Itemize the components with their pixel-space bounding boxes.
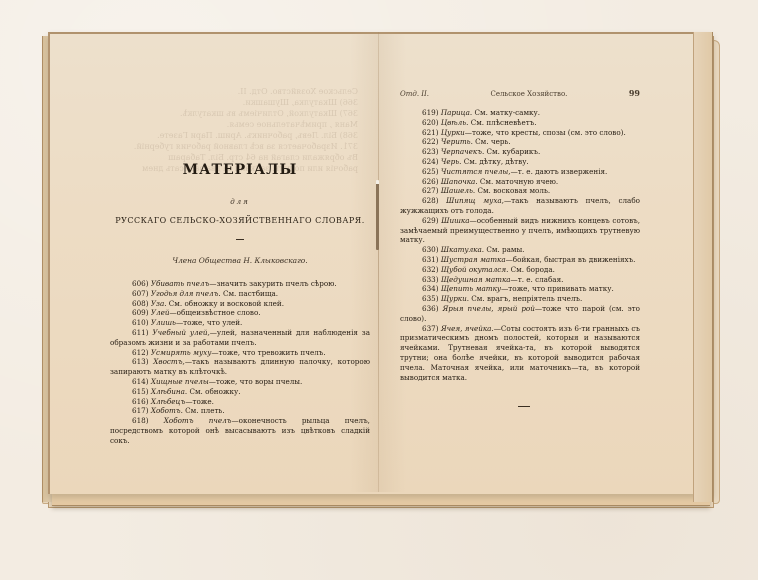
entry-number: 623) [422,147,439,156]
dictionary-entry: 612) Усмирять муху—тоже, что тревожить п… [110,348,370,358]
entry-number: 622) [422,137,439,146]
entry-number: 637) [422,324,439,333]
entry-term: Шкатулка. [441,245,484,254]
entry-number: 625) [422,167,439,176]
dictionary-entry: 636) Ярыя пчелы, ярый рой—тоже что парой… [400,304,640,324]
entry-number: 618) [132,416,149,425]
dictionary-entry: 622) Черить. См. черь. [400,137,640,147]
entry-term: Ячея, ячейка. [441,324,494,333]
entry-number: 632) [422,265,439,274]
entry-term: Черпачекъ. [441,147,484,156]
entry-term: Шишка [441,216,469,225]
section-label: Отд. II. [400,90,429,98]
entry-term: Улей [151,308,170,317]
bottom-page-edge [52,492,710,506]
entry-definition: —т. е. слабая. [511,275,564,284]
entry-number: 627) [422,186,439,195]
entry-term: Угодья для пчелъ. [151,289,221,298]
entry-definition: См. врагъ, непріятель пчелъ. [469,294,582,303]
page-subtitle: РУССКАГО СЕЛЬСКО-ХОЗЯЙСТВЕННАГО СЛОВАРЯ. [110,216,370,225]
dictionary-entry: 609) Улей—общеизвѣстное слово. [110,308,370,318]
entry-term: Шипящ муха, [446,196,504,205]
entry-term: Черь. [441,157,462,166]
entry-definition: См. матку-самку. [472,108,540,117]
entry-term: Парица. [441,108,472,117]
entry-definition: —тоже, что тревожить пчелъ. [211,348,325,357]
entry-definition: См. плѣсневѣетъ. [468,118,536,127]
entry-term: Щедушная матка [441,275,511,284]
entry-number: 628) [422,196,439,205]
dictionary-entry: 634) Щепить матку—тоже, что прививать ма… [400,284,640,294]
entry-number: 635) [422,294,439,303]
dictionary-entry: 611) Учебный улей,—улей, назначенный для… [110,328,370,348]
entry-number: 607) [132,289,149,298]
entry-number: 619) [422,108,439,117]
dictionary-entry: 608) Уза. См. обножку и восковой клей. [110,299,370,309]
dictionary-entry: 629) Шишка—особенный видъ нижнихъ концев… [400,216,640,245]
entry-definition: См. плеть. [183,406,225,415]
author-line: Члена Общества Н. Клыковскаго. [110,256,370,265]
entry-list: 606) Убивать пчелъ—значить закурить пчел… [110,279,370,446]
entry-definition: —тоже. [185,397,214,406]
entry-term: Усмирять муху [151,348,212,357]
title-preposition: для [110,198,370,206]
dictionary-entry: 632) Щубой окутался. См. борода. [400,265,640,275]
entry-term: Цвѣль. [441,118,469,127]
entry-term: Учебный улей, [152,328,209,337]
page-title: МАТЕРІАЛЫ [110,162,370,178]
entry-number: 633) [422,275,439,284]
dictionary-entry: 617) Хоботъ. См. плеть. [110,406,370,416]
entry-definition: См. обножку. [187,387,240,396]
dictionary-entry: 637) Ячея, ячейка.—Соты состоятъ изъ 6-т… [400,324,640,383]
running-head: Отд. II. Сельское Хозяйство. 99 [400,88,640,98]
entry-definition: —бойкая, быстрая въ движеніяхъ. [506,255,636,264]
entry-definition: —такъ называютъ длинную палочку, которою… [110,357,370,376]
entry-definition: См. борода. [508,265,555,274]
dictionary-entry: 635) Щурки. См. врагъ, непріятель пчелъ. [400,294,640,304]
entry-term: Чистятся пчелы, [441,167,511,176]
dictionary-entry: 627) Шашель. См. восковая моль. [400,186,640,196]
entry-term: Ярыя пчелы, ярый рой [443,304,535,313]
entry-number: 613) [132,357,149,366]
spine-fold [378,32,379,492]
entry-term: Убивать пчелъ [151,279,209,288]
entry-term: Хвостъ, [153,357,185,366]
entry-number: 615) [132,387,149,396]
entry-number: 610) [132,318,149,327]
entry-term: Улишь [151,318,176,327]
entry-term: Щурки. [441,294,469,303]
dictionary-entry: 616) Хлѣбецъ—тоже. [110,397,370,407]
entry-term: Шашель. [441,186,475,195]
dictionary-entry: 614) Хищные пчелы—тоже, что воры пчелы. [110,377,370,387]
entry-definition: —общеизвѣстное слово. [169,308,260,317]
dictionary-entry: 624) Черь. См. дѣтку, дѣтву. [400,157,640,167]
dictionary-entry: 607) Угодья для пчелъ. См. пастбища. [110,289,370,299]
entry-term: Хоботъ. [151,406,183,415]
entry-number: 631) [422,255,439,264]
running-title: Сельское Хозяйство. [490,90,567,98]
dictionary-entry: 615) Хлѣбина. См. обножку. [110,387,370,397]
entry-number: 620) [422,118,439,127]
dictionary-entry: 633) Щедушная матка—т. е. слабая. [400,275,640,285]
dictionary-entry: 623) Черпачекъ. См. кубарикъ. [400,147,640,157]
dictionary-entry: 621) Цурки—тоже, что кресты, спозы (см. … [400,128,640,138]
entry-term: Щепить матку [441,284,501,293]
entry-definition: —т. е. даютъ изверженія. [511,167,608,176]
dictionary-entry: 618) Хоботъ пчелъ—оконечность рыльца пче… [110,416,370,445]
dictionary-entry: 630) Шкатулка. См. рамы. [400,245,640,255]
entry-term: Хоботъ пчелъ [164,416,232,425]
entry-term: Хлѣбина. [151,387,187,396]
end-rule [518,406,530,407]
dictionary-entry: 610) Улишь—тоже, что улей. [110,318,370,328]
section-rule [236,239,244,240]
entry-number: 606) [132,279,149,288]
binding-stitch [376,180,379,250]
dictionary-entry: 628) Шипящ муха,—такъ называютъ пчелъ, с… [400,196,640,216]
entry-definition: См. черь. [473,137,511,146]
entry-number: 626) [422,177,439,186]
entry-term: Уза. [151,299,167,308]
entry-definition: —значить закурить пчелъ сѣрою. [209,279,336,288]
entry-definition: См. дѣтку, дѣтву. [461,157,528,166]
entry-definition: —тоже, что прививать матку. [501,284,614,293]
entry-list: 619) Парица. См. матку-самку. 620) Цвѣль… [400,108,640,382]
entry-number: 621) [422,128,439,137]
entry-number: 617) [132,406,149,415]
entry-definition: —оконечность рыльца пчелъ, посредствомъ … [110,416,370,445]
entry-number: 629) [422,216,439,225]
entry-definition: См. маточную ячею. [478,177,559,186]
entry-definition: См. обножку и восковой клей. [167,299,284,308]
entry-definition: См. пастбища. [221,289,278,298]
dictionary-entry: 631) Шустрая матка—бойкая, быстрая въ дв… [400,255,640,265]
entry-definition: См. восковая моль. [475,186,550,195]
entry-definition: См. кубарикъ. [484,147,540,156]
dictionary-entry: 626) Шапочка. См. маточную ячею. [400,177,640,187]
entry-number: 614) [132,377,149,386]
entry-definition: —тоже, что кресты, спозы (см. это слово)… [465,128,626,137]
entry-definition: —тоже, что воры пчелы. [209,377,303,386]
entry-term: Черить. [441,137,473,146]
entry-definition: —улей, назначенный для наблюденія за обр… [110,328,370,347]
dictionary-entry: 606) Убивать пчелъ—значить закурить пчел… [110,279,370,289]
dictionary-entry: 613) Хвостъ,—такъ называютъ длинную пало… [110,357,370,377]
entry-term: Хищные пчелы [151,377,209,386]
right-page-edge [693,32,713,502]
entry-term: Щубой окутался. [441,265,509,274]
entry-number: 616) [132,397,149,406]
left-page: МАТЕРІАЛЫ для РУССКАГО СЕЛЬСКО-ХОЗЯЙСТВЕ… [110,90,370,446]
entry-term: Шустрая матка [441,255,506,264]
dictionary-entry: 625) Чистятся пчелы,—т. е. даютъ изверже… [400,167,640,177]
dictionary-entry: 620) Цвѣль. См. плѣсневѣетъ. [400,118,640,128]
right-page: Отд. II. Сельское Хозяйство. 99 619) Пар… [400,88,648,407]
entry-term: Цурки [441,128,465,137]
entry-definition: —тоже, что улей. [176,318,242,327]
entry-number: 612) [132,348,149,357]
entry-term: Шапочка. [441,177,478,186]
entry-number: 611) [132,328,149,337]
entry-definition: См. рамы. [484,245,524,254]
page-number: 99 [629,88,640,98]
dictionary-entry: 619) Парица. См. матку-самку. [400,108,640,118]
entry-number: 624) [422,157,439,166]
entry-term: Хлѣбецъ [151,397,185,406]
entry-number: 630) [422,245,439,254]
entry-number: 636) [422,304,439,313]
entry-number: 609) [132,308,149,317]
entry-number: 634) [422,284,439,293]
entry-number: 608) [132,299,149,308]
